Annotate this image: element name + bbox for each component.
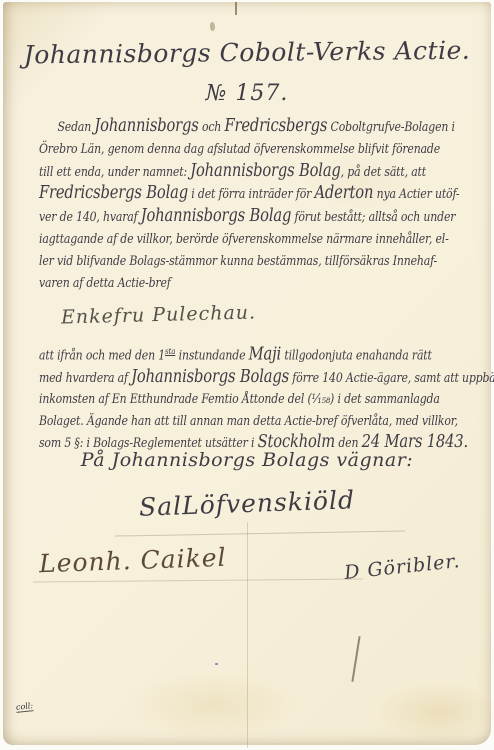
main-paragraph: Sedan Johannisborgs och Fredricsbergs Co… (39, 116, 471, 294)
terms-paragraph: att ifrån och med den 1sta instundande M… (39, 342, 471, 454)
text-line: med hvardera af Johannisborgs Bolags för… (39, 367, 402, 389)
text-line: ler vid blifvande Bolags-stämmor kunna b… (39, 251, 402, 273)
paper-stain (373, 682, 494, 742)
corner-annotation: coll: (16, 701, 34, 713)
certificate-paper: Johannisborgs Cobolt-Verks Actie. № 157.… (3, 2, 491, 745)
text-line: till ett enda, under namnet: Johannisbor… (39, 161, 402, 184)
signature-director: SalLöfvenskiöld (3, 480, 492, 526)
fold-mark (235, 2, 237, 15)
text-line: inkomsten af En Etthundrade Femtio Åtton… (39, 389, 402, 410)
signature-baseline (115, 530, 405, 536)
signature-left: Leonh. Caikel (39, 543, 227, 579)
text-line: att ifrån och med den 1sta instundande M… (39, 342, 402, 367)
on-behalf-line: På Johannisborgs Bolags vägnar: (3, 449, 491, 471)
text-line: iagttagande af de villkor, berörde öfver… (39, 229, 402, 251)
signature-row: Leonh. Caikel D Göribler. (39, 546, 461, 578)
text-line: varen af detta Actie-bref (39, 273, 402, 295)
ink-smudge (210, 22, 215, 31)
shareholder-name: Enkefru Pulechau. (61, 301, 257, 328)
paper-stain (123, 670, 303, 740)
certificate-number: № 157. (3, 81, 491, 106)
text-line: ver de 140, hvaraf Johannisborgs Bolag f… (39, 206, 402, 229)
certificate-title: Johannisborgs Cobolt-Verks Actie. (3, 35, 491, 69)
text-line: Örebro Län, genom denna dag afslutad öfv… (39, 139, 402, 161)
text-line: Bolaget. Ägande han att till annan man d… (39, 411, 402, 432)
stray-pen-stroke (351, 636, 360, 682)
ink-speck (215, 663, 218, 665)
text-line: Sedan Johannisborgs och Fredricsbergs Co… (39, 116, 402, 139)
signature-baseline-left (33, 579, 363, 583)
text-line: Fredricsbergs Bolag i det förra inträder… (39, 183, 402, 206)
